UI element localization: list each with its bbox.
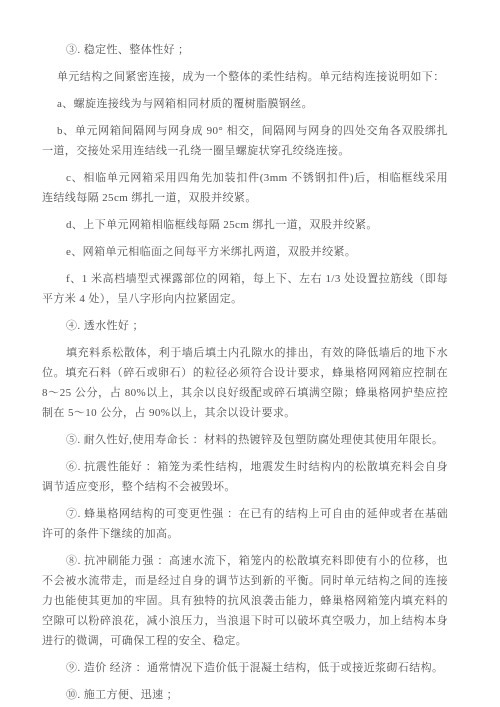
paragraph-point-f: f、1 米高档墙型式裸露部位的网箱，每上下、左右 1/3 处设置拉筋线（即每平方… <box>42 269 448 309</box>
paragraph-point-a: a、螺旋连接线为与网箱相同材质的覆树脂膜钢丝。 <box>42 94 448 114</box>
heading-stability: ③. 稳定性、整体性好 ； <box>42 40 448 60</box>
paragraph-seismic: ⑥. 抗震性能好 ：箱笼为柔性结构，地震发生时结构内的松散填充料会自身调节适应变… <box>42 457 448 497</box>
paragraph-point-d: d、上下单元网箱相临框线每隔 25cm 绑扎一道，双股并绞紧。 <box>42 215 448 235</box>
paragraph-point-c: c、相临单元网箱采用四角先加装扣件(3mm 不锈钢扣件)后，相临框线采用连结线每… <box>42 168 448 208</box>
paragraph-unit-intro: 单元结构之间紧密连接，成为一个整体的柔性结构。单元结构连接说明如下： <box>42 67 448 87</box>
document-page: ③. 稳定性、整体性好 ； 单元结构之间紧密连接，成为一个整体的柔性结构。单元结… <box>0 0 500 707</box>
paragraph-durability: ⑤. 耐久性好,使用寿命长 ：材料的热镀锌及包塑防腐处理使其使用年限长。 <box>42 430 448 450</box>
document-body: ③. 稳定性、整体性好 ； 单元结构之间紧密连接，成为一个整体的柔性结构。单元结… <box>42 40 448 705</box>
paragraph-scour-resist: ⑧. 抗冲刷能力强 ：高速水流下，箱笼内的松散填充料即使有小的位移，也不会被水流… <box>42 551 448 651</box>
heading-construction: ⑩. 施工方便、迅速 ； <box>42 685 448 705</box>
paragraph-point-e: e、网箱单元相临面之间每平方米绑扎两道，双股并绞紧。 <box>42 242 448 262</box>
paragraph-fill-material: 填充料系松散体，利于墙后填土内孔隙水的排出，有效的降低墙后的地下水位。填充石料（… <box>42 343 448 423</box>
paragraph-modifiability: ⑦. 蜂巢格网结构的可变更性强 ：在已有的结构上可自由的延伸或者在基础许可的条件… <box>42 504 448 544</box>
paragraph-cost: ⑨. 造价 经济 ：通常情况下造价低于混凝土结构，低于或接近浆砌石结构。 <box>42 658 448 678</box>
heading-permeability: ④. 透水性好 ； <box>42 316 448 336</box>
paragraph-point-b: b、单元网箱间隔网与网身成 90° 相交，间隔网与网身的四处交角各双股绑扎一道，… <box>42 121 448 161</box>
